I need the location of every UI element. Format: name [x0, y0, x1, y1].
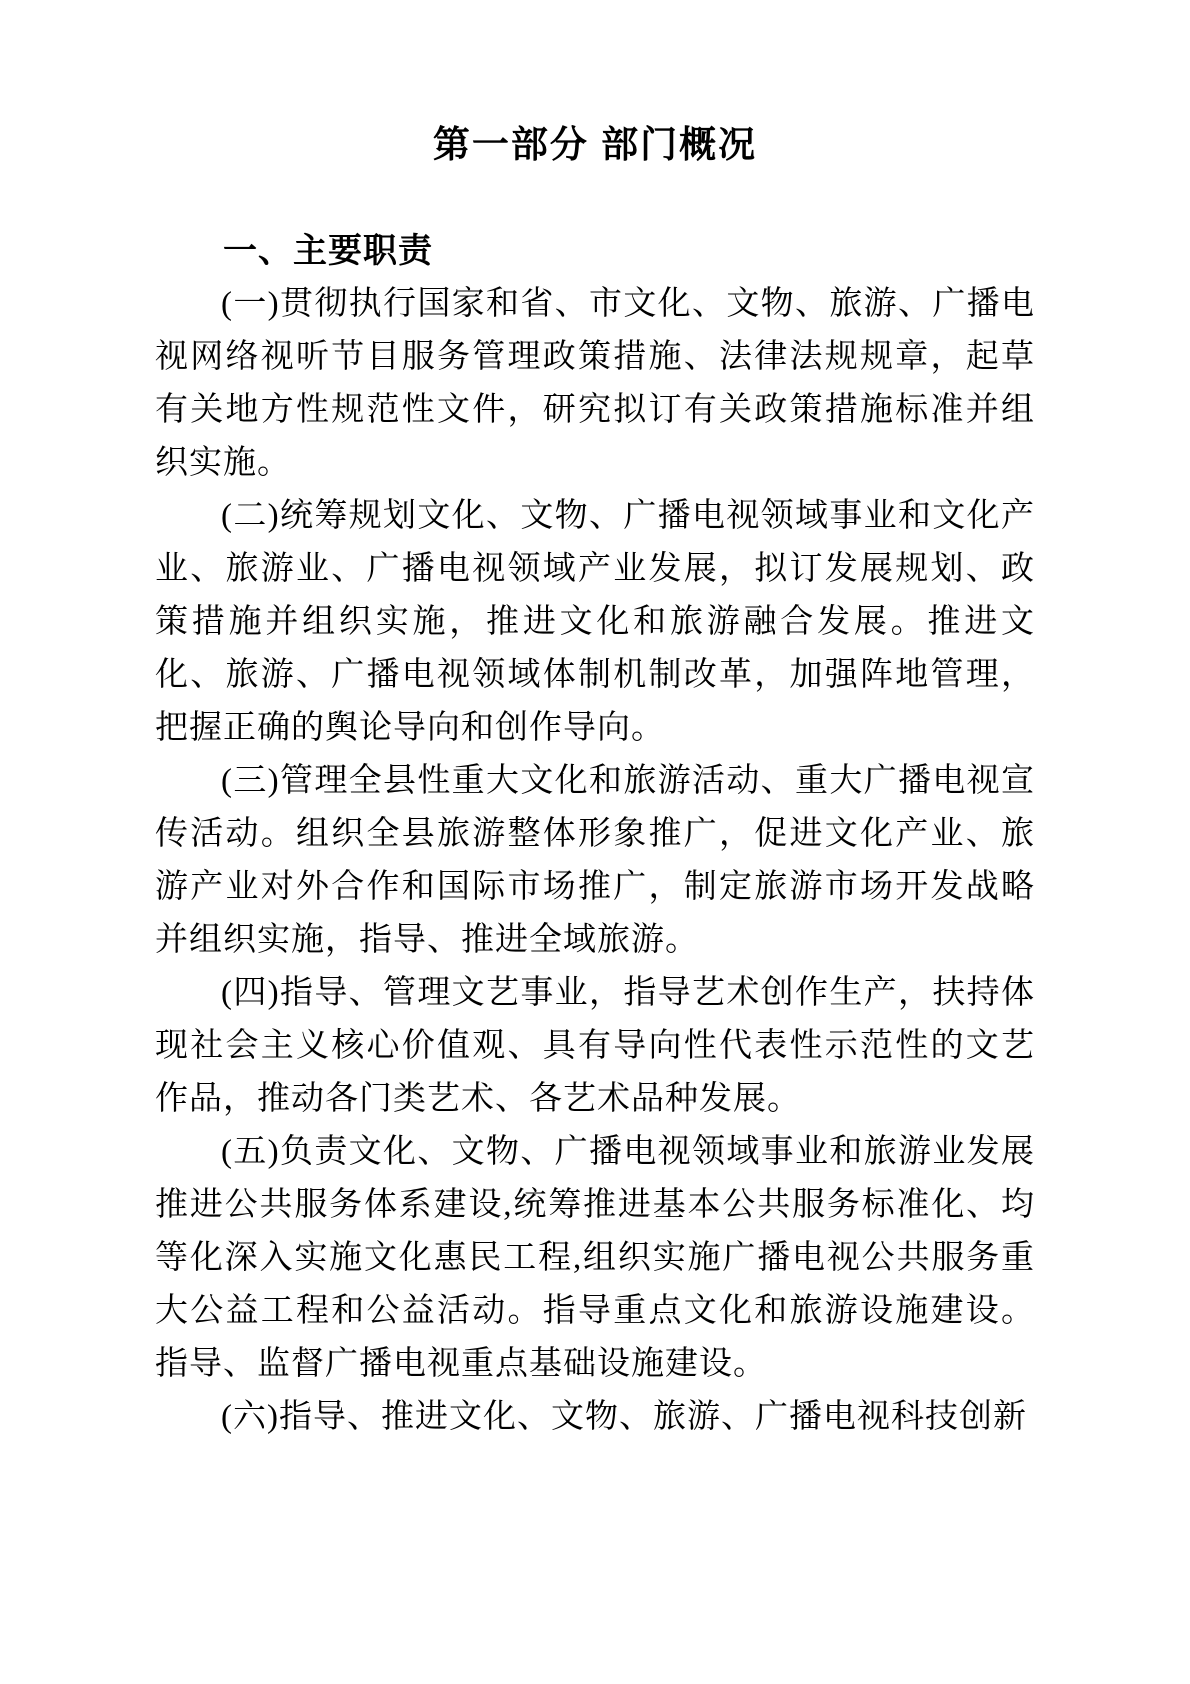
paragraph-6: (六)指导、推进文化、文物、旅游、广播电视科技创新 [155, 1391, 1035, 1444]
paragraph-1: (一)贯彻执行国家和省、市文化、文物、旅游、广播电视网络视听节目服务管理政策措施… [155, 278, 1035, 490]
document-title: 第一部分 部门概况 [155, 118, 1035, 171]
paragraph-3: (三)管理全县性重大文化和旅游活动、重大广播电视宣传活动。组织全县旅游整体形象推… [155, 755, 1035, 967]
paragraph-2: (二)统筹规划文化、文物、广播电视领域事业和文化产业、旅游业、广播电视领域产业发… [155, 490, 1035, 755]
paragraph-4: (四)指导、管理文艺事业，指导艺术创作生产，扶持体现社会主义核心价值观、具有导向… [155, 967, 1035, 1126]
section-heading: 一、主要职责 [155, 225, 1035, 278]
paragraph-5: (五)负责文化、文物、广播电视领域事业和旅游业发展推进公共服务体系建设,统筹推进… [155, 1126, 1035, 1391]
document-page: 第一部分 部门概况 一、主要职责 (一)贯彻执行国家和省、市文化、文物、旅游、广… [0, 0, 1190, 1684]
